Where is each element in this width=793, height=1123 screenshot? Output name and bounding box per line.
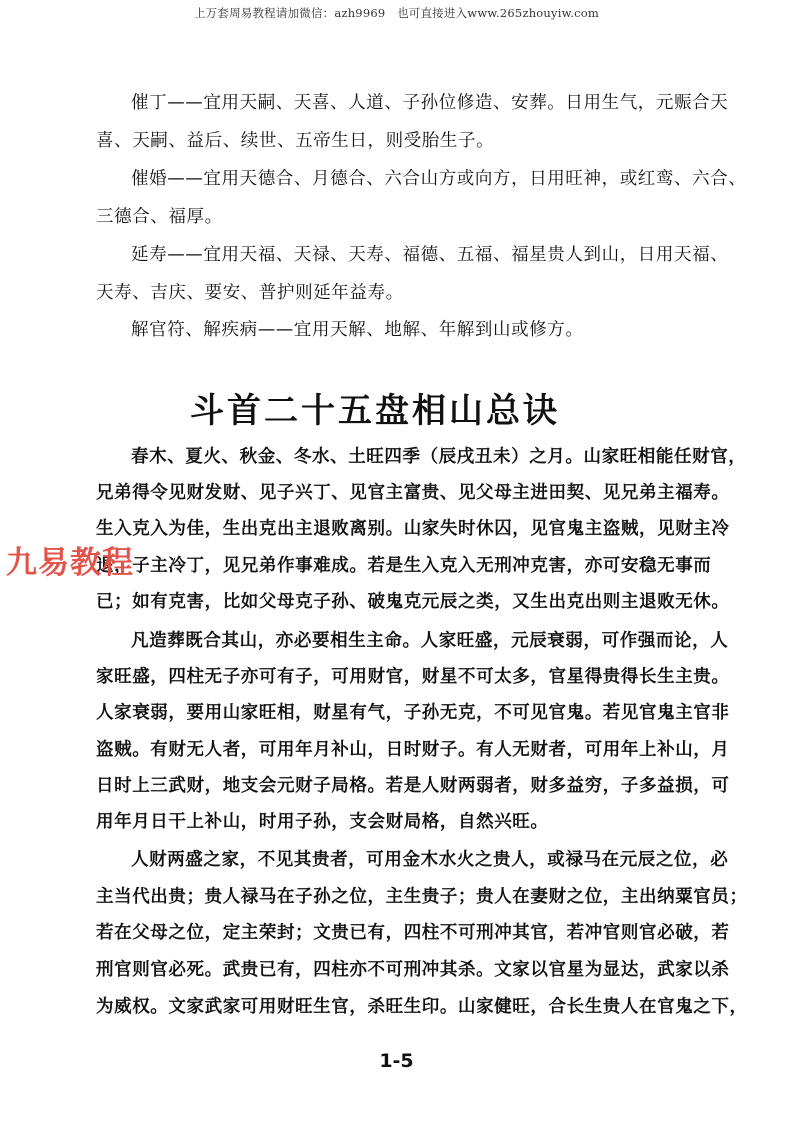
text-line: 已；如有克害，比如父母克子孙、破鬼克元辰之类，又生出克出则主退败无休。 (96, 591, 700, 613)
text-line: 凡造葬既合其山，亦必要相生主命。人家旺盛，元辰衰弱，可作强而论，人 (131, 630, 700, 652)
text-line: 人财两盛之家，不见其贵者，可用金木水火之贵人，或禄马在元辰之位，必 (131, 849, 700, 871)
text-line: 为威权。文家武家可用财旺生官，杀旺生印。山家健旺，合长生贵人在官鬼之下， (96, 996, 700, 1018)
text-line: 催婚——宜用天德合、月德合、六合山方或向方，日用旺神，或红鸾、六合、 (131, 168, 700, 190)
text-line: 主当代出贵；贵人禄马在子孙之位，主生贵子；贵人在妻财之位，主出纳粟官员； (96, 886, 700, 908)
text-line: 催丁——宜用天嗣、天喜、人道、子孙位修造、安葬。日用生气，元赈合天 (131, 92, 700, 114)
text-line: 若在父母之位，定主荣封；文贵已有，四柱不可刑冲其官，若冲官则官必破，若 (96, 922, 700, 944)
page-number: 1-5 (0, 1050, 793, 1072)
text-line: 解官符、解疾病——宜用天解、地解、年解到山或修方。 (131, 319, 584, 341)
text-line: 延寿——宜用天福、天禄、天寿、福德、五福、福星贵人到山，日用天福、 (131, 244, 700, 266)
text-line: 喜、天嗣、益后、续世、五帝生日，则受胎生子。 (96, 130, 494, 152)
text-line: 刑官则官必死。武贵已有，四柱亦不可刑冲其杀。文家以官星为显达，武家以杀 (96, 959, 700, 981)
text-line: 三德合、福厚。 (96, 206, 223, 228)
text-line: 兄弟得令见财发财、见子兴丁、见官主富贵、见父母主进田契、见兄弟主福寿。 (96, 482, 700, 504)
text-line: 家旺盛，四柱无子亦可有子，可用财官，财星不可太多，官星得贵得长生主贵。 (96, 666, 700, 688)
watermark-logo: 九易教程 (6, 544, 134, 582)
text-line: 天寿、吉庆、要安、普护则延年益寿。 (96, 282, 404, 304)
text-line: 生入克入为佳，生出克出主退败离别。山家失时休囚，见官鬼主盗贼，见财主冷 (96, 518, 700, 540)
text-line: 盗贼。有财无人者，可用年月补山，日时财子。有人无财者，可用年上补山，月 (96, 739, 700, 761)
text-line: 日时上三武财，地支会元财子局格。若是人财两弱者，财多益穷，子多益损，可 (96, 775, 700, 797)
text-line: 春木、夏火、秋金、冬水、土旺四季（辰戌丑未）之月。山家旺相能任财官， (131, 446, 700, 468)
section-title: 斗首二十五盘相山总诀 (190, 391, 560, 431)
text-line: 用年月日干上补山，时用子孙，支会财局格，自然兴旺。 (96, 811, 549, 833)
text-line: 退，子主冷丁，见兄弟作事难成。若是生入克入无刑冲克害，亦可安稳无事而 (96, 555, 700, 577)
page-header-banner: 上万套周易教程请加微信：azh9969 也可直接进入www.265zhouyiw… (0, 5, 793, 21)
text-line: 人家衰弱，要用山家旺相，财星有气，子孙无克，不可见官鬼。若见官鬼主官非 (96, 702, 700, 724)
